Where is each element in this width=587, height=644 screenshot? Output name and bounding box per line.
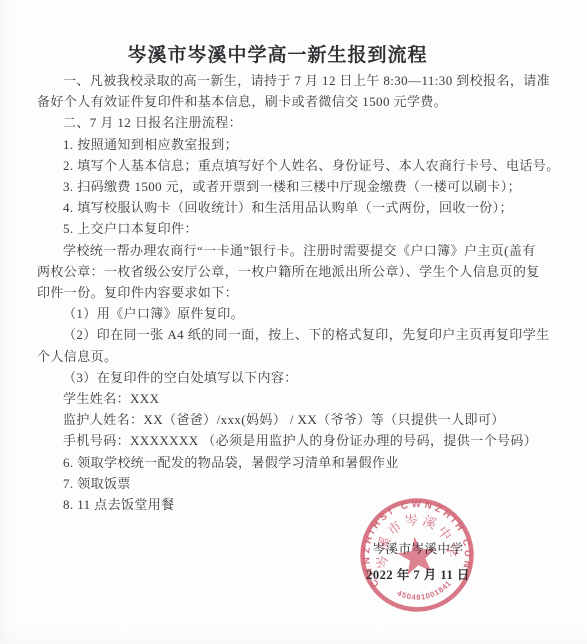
doc-line: 1. 按照通知到相应教室报到； <box>37 134 495 155</box>
doc-line: 一、凡被我校录取的高一新生，请持于 7 月 12 日上午 8:30—11:30 … <box>37 70 495 91</box>
doc-line: 个人信息页。 <box>37 346 495 367</box>
signature-block: 岑溪市岑溪中学 2022 年 7 月 11 日 <box>348 539 488 583</box>
doc-line: 学生姓名：XXX <box>37 388 495 409</box>
signature-school-name: 岑溪市岑溪中学 <box>348 539 488 557</box>
doc-line: 印件一份。复印件内容要求如下： <box>37 282 495 303</box>
doc-line: （3）在复印件的空白处填写以下内容： <box>37 367 495 388</box>
doc-line: 5. 上交户口本复印件： <box>37 218 495 239</box>
doc-line: （2）印在同一张 A4 纸的同一面，按上、下的格式复印，先复印户主页再复印学生 <box>37 324 495 345</box>
doc-line: 备好个人有效证件复印件和基本信息，刷卡或者微信交 1500 元学费。 <box>37 91 495 112</box>
document-body: 一、凡被我校录取的高一新生，请持于 7 月 12 日上午 8:30—11:30 … <box>37 70 495 515</box>
doc-line: 4. 填写校服认购卡（回收统计）和生活用品认购单（一式两份，回收一份）； <box>37 197 495 218</box>
doc-line: （1）用《户口簿》原件复印。 <box>37 303 495 324</box>
doc-line: 6. 领取学校统一配发的物品袋，暑假学习清单和暑假作业 <box>37 452 495 473</box>
doc-line: 7. 领取饭票 <box>37 473 495 494</box>
scanned-document-page: 岑溪市岑溪中学高一新生报到流程 一、凡被我校录取的高一新生，请持于 7 月 12… <box>0 0 587 644</box>
doc-line: 监护人姓名：XX（爸爸）/xxx(妈妈） / XX（爷爷）等（只提供一人即可） <box>37 409 495 430</box>
doc-line: 2. 填写个人基本信息；重点填写好个人姓名、身份证号、本人农商行卡号、电话号。 <box>37 155 495 176</box>
doc-line: 两枚公章：一枚省级公安厅公章，一枚户籍所在地派出所公章）、学生个人信息页的复 <box>37 261 495 282</box>
doc-line: 学校统一帮办理农商行“一卡通”银行卡。注册时需要提交《户口簿》户主页(盖有 <box>37 240 495 261</box>
document-title: 岑溪市岑溪中学高一新生报到流程 <box>0 0 571 67</box>
doc-line: 3. 扫码缴费 1500 元，或者开票到一楼和三楼中厅现金缴费（一楼可以刷卡）； <box>37 176 495 197</box>
signature-date: 2022 年 7 月 11 日 <box>348 565 488 583</box>
doc-line: 二、7 月 12 日报名注册流程： <box>37 112 495 133</box>
doc-line: 手机号码：XXXXXXX （必须是用监护人的身份证办理的号码，提供一个号码） <box>37 430 495 451</box>
